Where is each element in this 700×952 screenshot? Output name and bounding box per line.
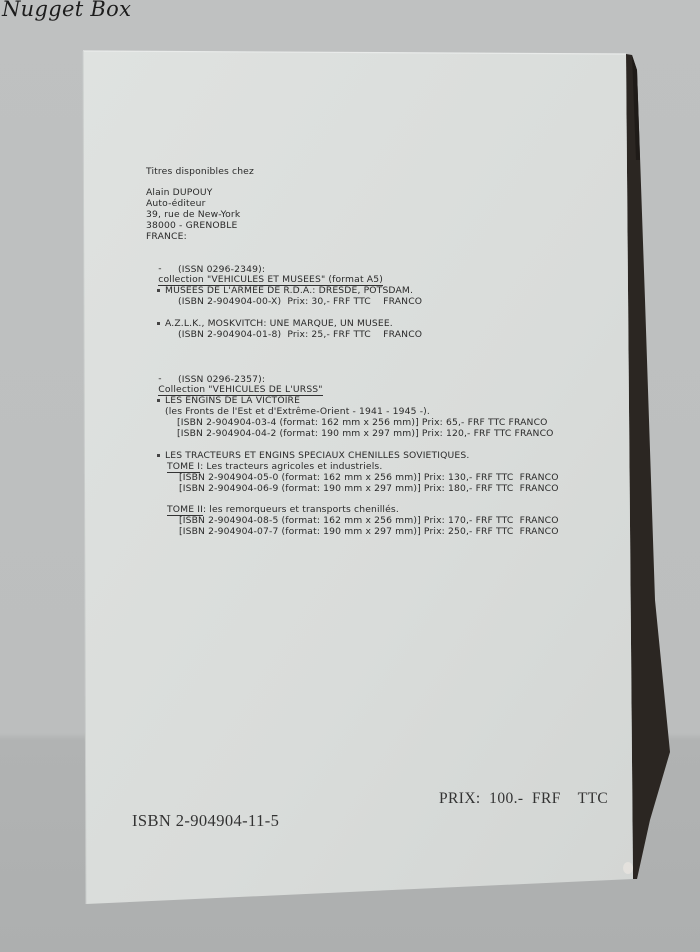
edition-line: [ISBN 2-904904-04-2 (format: 190 mm x 29… xyxy=(177,429,554,439)
book-subtitle: (les Fronts de l'Est et d'Extrême-Orient… xyxy=(165,407,430,417)
tome-heading: TOME I: Les tracteurs agricoles et indus… xyxy=(167,462,382,472)
collection-title: collection "VEHICULES ET MUSEES" (format… xyxy=(158,274,383,286)
book-title: A.Z.L.K., MOSKVITCH: UNE MARQUE, UN MUSE… xyxy=(157,319,393,329)
tome-heading: TOME II: les remorqueurs et transports c… xyxy=(167,505,399,515)
publisher-country: FRANCE: xyxy=(146,232,187,242)
book-title: LES TRACTEURS ET ENGINS SPECIAUX CHENILL… xyxy=(157,451,469,461)
book-isbn-line: (ISBN 2-904904-00-X) Prix: 30,- FRF TTC … xyxy=(178,297,422,307)
book-title: LES ENGINS DE LA VICTOIRE xyxy=(157,396,300,406)
edition-line: [ISBN 2-904904-03-4 (format: 162 mm x 25… xyxy=(177,418,548,428)
intro-text: Titres disponibles chez xyxy=(146,167,254,177)
edition-line: [ISBN 2-904904-07-7 (format: 190 mm x 29… xyxy=(179,527,559,537)
collection-issn: (ISSN 0296-2349): xyxy=(178,265,265,275)
bullet-icon xyxy=(157,454,160,457)
edition-line: [ISBN 2-904904-06-9 (format: 190 mm x 29… xyxy=(179,484,559,494)
dash: - xyxy=(158,373,161,384)
book-title: MUSEES DE L'ARMEE DE R.D.A.: DRESDE, POT… xyxy=(157,286,413,296)
cover-price: PRIX: 100.- FRF TTC xyxy=(439,790,608,808)
bullet-icon xyxy=(157,399,160,402)
cover-isbn: ISBN 2-904904-11-5 xyxy=(132,811,279,831)
publisher-role: Auto-éditeur xyxy=(146,199,206,209)
dash: - xyxy=(158,263,161,274)
bullet-icon xyxy=(157,322,160,325)
book-isbn-line: (ISBN 2-904904-01-8) Prix: 25,- FRF TTC … xyxy=(178,330,422,340)
publisher-name: Alain DUPOUY xyxy=(146,188,212,198)
cover-text: Titres disponibles chez Alain DUPOUY Aut… xyxy=(0,0,700,952)
publisher-street: 39, rue de New-York xyxy=(146,210,240,220)
edition-line: [ISBN 2-904904-08-5 (format: 162 mm x 25… xyxy=(179,516,559,526)
collection-issn: (ISSN 0296-2357): xyxy=(178,375,265,385)
publisher-city: 38000 - GRENOBLE xyxy=(146,221,237,231)
edition-line: [ISBN 2-904904-05-0 (format: 162 mm x 25… xyxy=(179,473,559,483)
collection-title: Collection "VEHICULES DE L'URSS" xyxy=(158,384,322,396)
bullet-icon xyxy=(157,289,160,292)
